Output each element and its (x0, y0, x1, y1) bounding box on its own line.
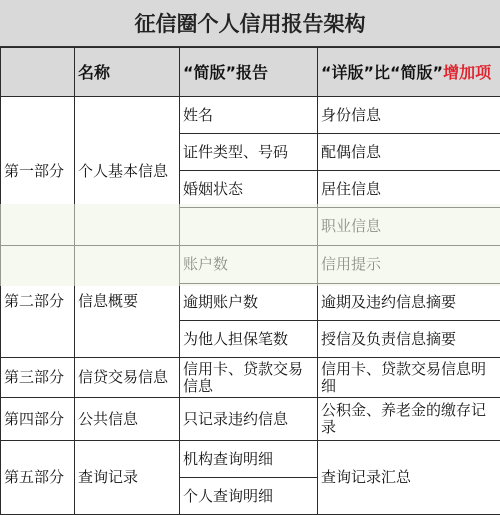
simple-item: 逾期账户数 (180, 284, 318, 321)
header-detailed-prefix: “详版”比“简版” (321, 63, 443, 82)
header-name: 名称 (75, 48, 180, 97)
section-name: 查询记录 (75, 441, 180, 515)
simple-item: 只记录违约信息 (180, 398, 318, 441)
header-simple: “简版”报告 (180, 48, 318, 97)
part-label: 第三部分 (1, 358, 75, 398)
table-row: 第三部分 信贷交易信息 信用卡、贷款交易信息 信用卡、贷款交易信息明细 (1, 358, 500, 398)
detailed-item: 配偶信息 (318, 134, 500, 171)
page-title: 征信圈个人信用报告架构 (0, 0, 500, 48)
detailed-item: 居住信息 (318, 171, 500, 208)
detailed-item: 信用卡、贷款交易信息明细 (318, 358, 500, 398)
part-label: 第四部分 (1, 398, 75, 441)
header-detailed: “详版”比“简版”增加项 (318, 48, 500, 97)
simple-item: 证件类型、号码 (180, 134, 318, 171)
table-header-row: 名称 “简版”报告 “详版”比“简版”增加项 (1, 48, 500, 97)
part-label: 第二部分 (1, 246, 75, 358)
table-row: 第一部分 个人基本信息 姓名 身份信息 (1, 97, 500, 134)
simple-item (180, 208, 318, 246)
section-name: 个人基本信息 (75, 97, 180, 246)
simple-item: 机构查询明细 (180, 441, 318, 478)
detailed-item: 查询记录汇总 (318, 441, 500, 515)
header-detailed-highlight: 增加项 (443, 63, 491, 82)
section-name: 信贷交易信息 (75, 358, 180, 398)
section-name: 信息概要 (75, 246, 180, 358)
detailed-item: 公积金、养老金的缴存记录 (318, 398, 500, 441)
simple-item: 为他人担保笔数 (180, 321, 318, 358)
simple-item: 个人查询明细 (180, 478, 318, 515)
detailed-item: 逾期及违约信息摘要 (318, 284, 500, 321)
simple-item: 账户数 (180, 246, 318, 284)
detailed-item: 授信及负责信息摘要 (318, 321, 500, 358)
simple-item: 婚姻状态 (180, 171, 318, 208)
table-row: 第二部分 信息概要 账户数 信用提示 (1, 246, 500, 284)
table-row: 第五部分 查询记录 机构查询明细 查询记录汇总 (1, 441, 500, 478)
credit-report-structure-table: 名称 “简版”报告 “详版”比“简版”增加项 第一部分 个人基本信息 姓名 身份… (0, 47, 500, 515)
simple-item: 信用卡、贷款交易信息 (180, 358, 318, 398)
detailed-item: 职业信息 (318, 208, 500, 246)
table-row: 第四部分 公共信息 只记录违约信息 公积金、养老金的缴存记录 (1, 398, 500, 441)
part-label: 第五部分 (1, 441, 75, 515)
detailed-item: 身份信息 (318, 97, 500, 134)
section-name: 公共信息 (75, 398, 180, 441)
header-part (1, 48, 75, 97)
simple-item: 姓名 (180, 97, 318, 134)
detailed-item: 信用提示 (318, 246, 500, 284)
part-label: 第一部分 (1, 97, 75, 246)
